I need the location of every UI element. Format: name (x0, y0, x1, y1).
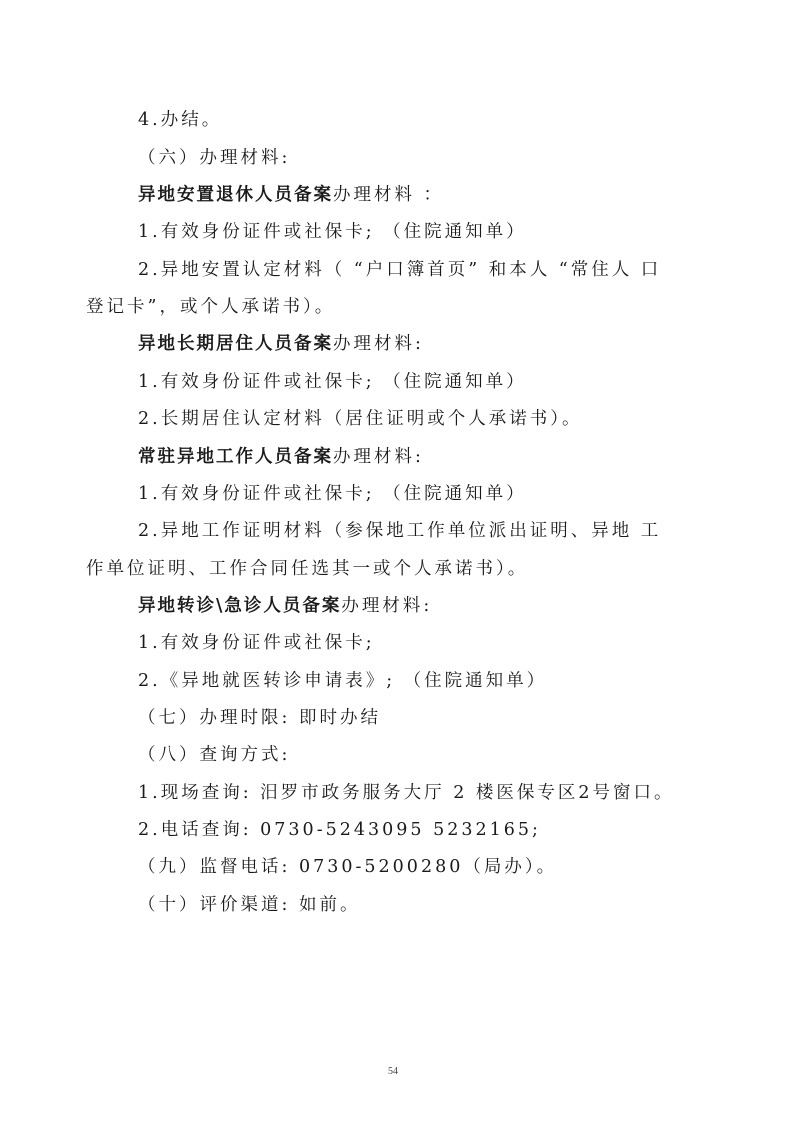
bold-label: 异地转诊\急诊人员备案 (138, 596, 341, 616)
bold-label: 异地长期居住人员备案 (138, 334, 333, 354)
section-10-evaluation: （十）评价渠道: 如前。 (138, 893, 360, 917)
heading-suffix: 办理材料: (333, 447, 424, 467)
material-item-cont: 登记卡”，或个人承诺书）。 (86, 295, 335, 319)
query-onsite: 1.现场查询: 汨罗市政务服务大厅 2 楼医保专区2号窗口。 (138, 781, 675, 805)
step-4-done: 4.办结。 (138, 108, 222, 132)
referral-heading: 异地转诊\急诊人员备案办理材料: (138, 594, 432, 618)
query-phone: 2.电话查询: 0730-5243095 5232165; (138, 818, 541, 842)
bold-label: 异地安置退休人员备案 (138, 185, 333, 205)
retiree-materials-heading: 异地安置退休人员备案办理材料 ： (138, 183, 444, 207)
section-6-heading: （六）办理材料: (138, 146, 290, 170)
long-term-residence-heading: 异地长期居住人员备案办理材料: (138, 332, 424, 356)
page-number: 54 (388, 1066, 398, 1077)
section-9-supervision: （九）监督电话: 0730-5200280（局办）。 (138, 855, 557, 879)
heading-suffix: 办理材料 ： (333, 185, 444, 205)
material-item: 2.《异地就医转诊申请表》; （住院通知单） (138, 669, 547, 693)
section-8: （八）查询方式: (138, 743, 290, 767)
material-item: 2.长期居住认定材料（居住证明或个人承诺书）。 (138, 407, 582, 431)
heading-suffix: 办理材料: (341, 596, 432, 616)
material-item: 1.有效身份证件或社保卡; （住院通知单） (138, 482, 527, 506)
material-item: 1.有效身份证件或社保卡; （住院通知单） (138, 220, 527, 244)
material-item: 2.异地工作证明材料（参保地工作单位派出证明、异地 工 (138, 519, 661, 543)
material-item-cont: 作单位证明、工作合同任选其一或个人承诺书）。 (86, 557, 528, 581)
material-item: 1.有效身份证件或社保卡; (138, 631, 375, 655)
bold-label: 常驻异地工作人员备案 (138, 447, 333, 467)
resident-worker-heading: 常驻异地工作人员备案办理材料: (138, 445, 424, 469)
material-item: 2.异地安置认定材料（ “户口簿首页” 和本人 “常住人 口 (138, 258, 661, 282)
heading-suffix: 办理材料: (333, 334, 424, 354)
section-7: （七）办理时限: 即时办结 (138, 706, 381, 730)
material-item: 1.有效身份证件或社保卡; （住院通知单） (138, 370, 527, 394)
